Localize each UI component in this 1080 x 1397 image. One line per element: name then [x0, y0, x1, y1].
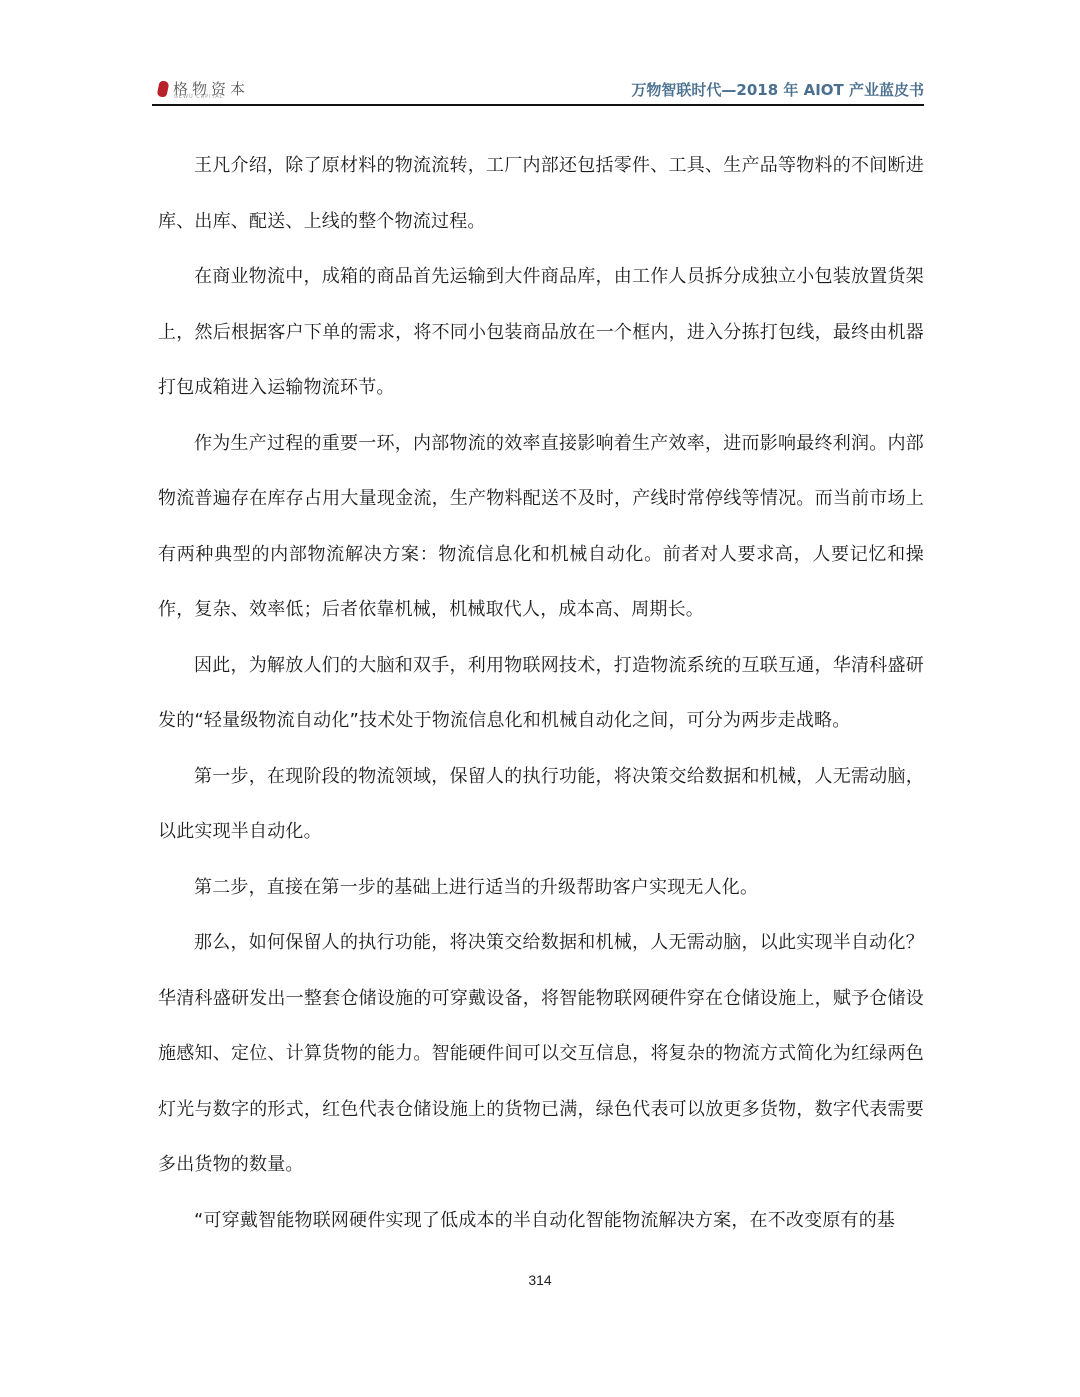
- paragraph: 在商业物流中，成箱的商品首先运输到大件商品库，由工作人员拆分成独立小包装放置货架…: [158, 249, 924, 416]
- page-header: 格物资本 GEWU CAPITAL 万物智联时代—2018 年 AIOT 产业蓝…: [158, 74, 924, 104]
- paragraph: 作为生产过程的重要一环，内部物流的效率直接影响着生产效率，进而影响最终利润。内部…: [158, 416, 924, 638]
- paragraph: 第二步，直接在第一步的基础上进行适当的升级帮助客户实现无人化。: [158, 860, 924, 916]
- page-number: 314: [0, 1272, 1080, 1288]
- paragraph: “可穿戴智能物联网硬件实现了低成本的半自动化智能物流解决方案，在不改变原有的基: [158, 1193, 924, 1249]
- paragraph: 因此，为解放人们的大脑和双手，利用物联网技术，打造物流系统的互联互通，华清科盛研…: [158, 638, 924, 749]
- paragraph: 第一步，在现阶段的物流领域，保留人的执行功能，将决策交给数据和机械，人无需动脑，…: [158, 749, 924, 860]
- paragraph: 那么，如何保留人的执行功能，将决策交给数据和机械，人无需动脑，以此实现半自动化？…: [158, 915, 924, 1193]
- logo-subtext: GEWU CAPITAL: [174, 94, 224, 100]
- page-body: 王凡介绍，除了原材料的物流流转，工厂内部还包括零件、工具、生产品等物料的不间断进…: [158, 138, 924, 1248]
- paragraph: 王凡介绍，除了原材料的物流流转，工厂内部还包括零件、工具、生产品等物料的不间断进…: [158, 138, 924, 249]
- document-title: 万物智联时代—2018 年 AIOT 产业蓝皮书: [631, 79, 924, 100]
- header-divider: [152, 104, 924, 106]
- logo-mark-icon: [156, 81, 169, 97]
